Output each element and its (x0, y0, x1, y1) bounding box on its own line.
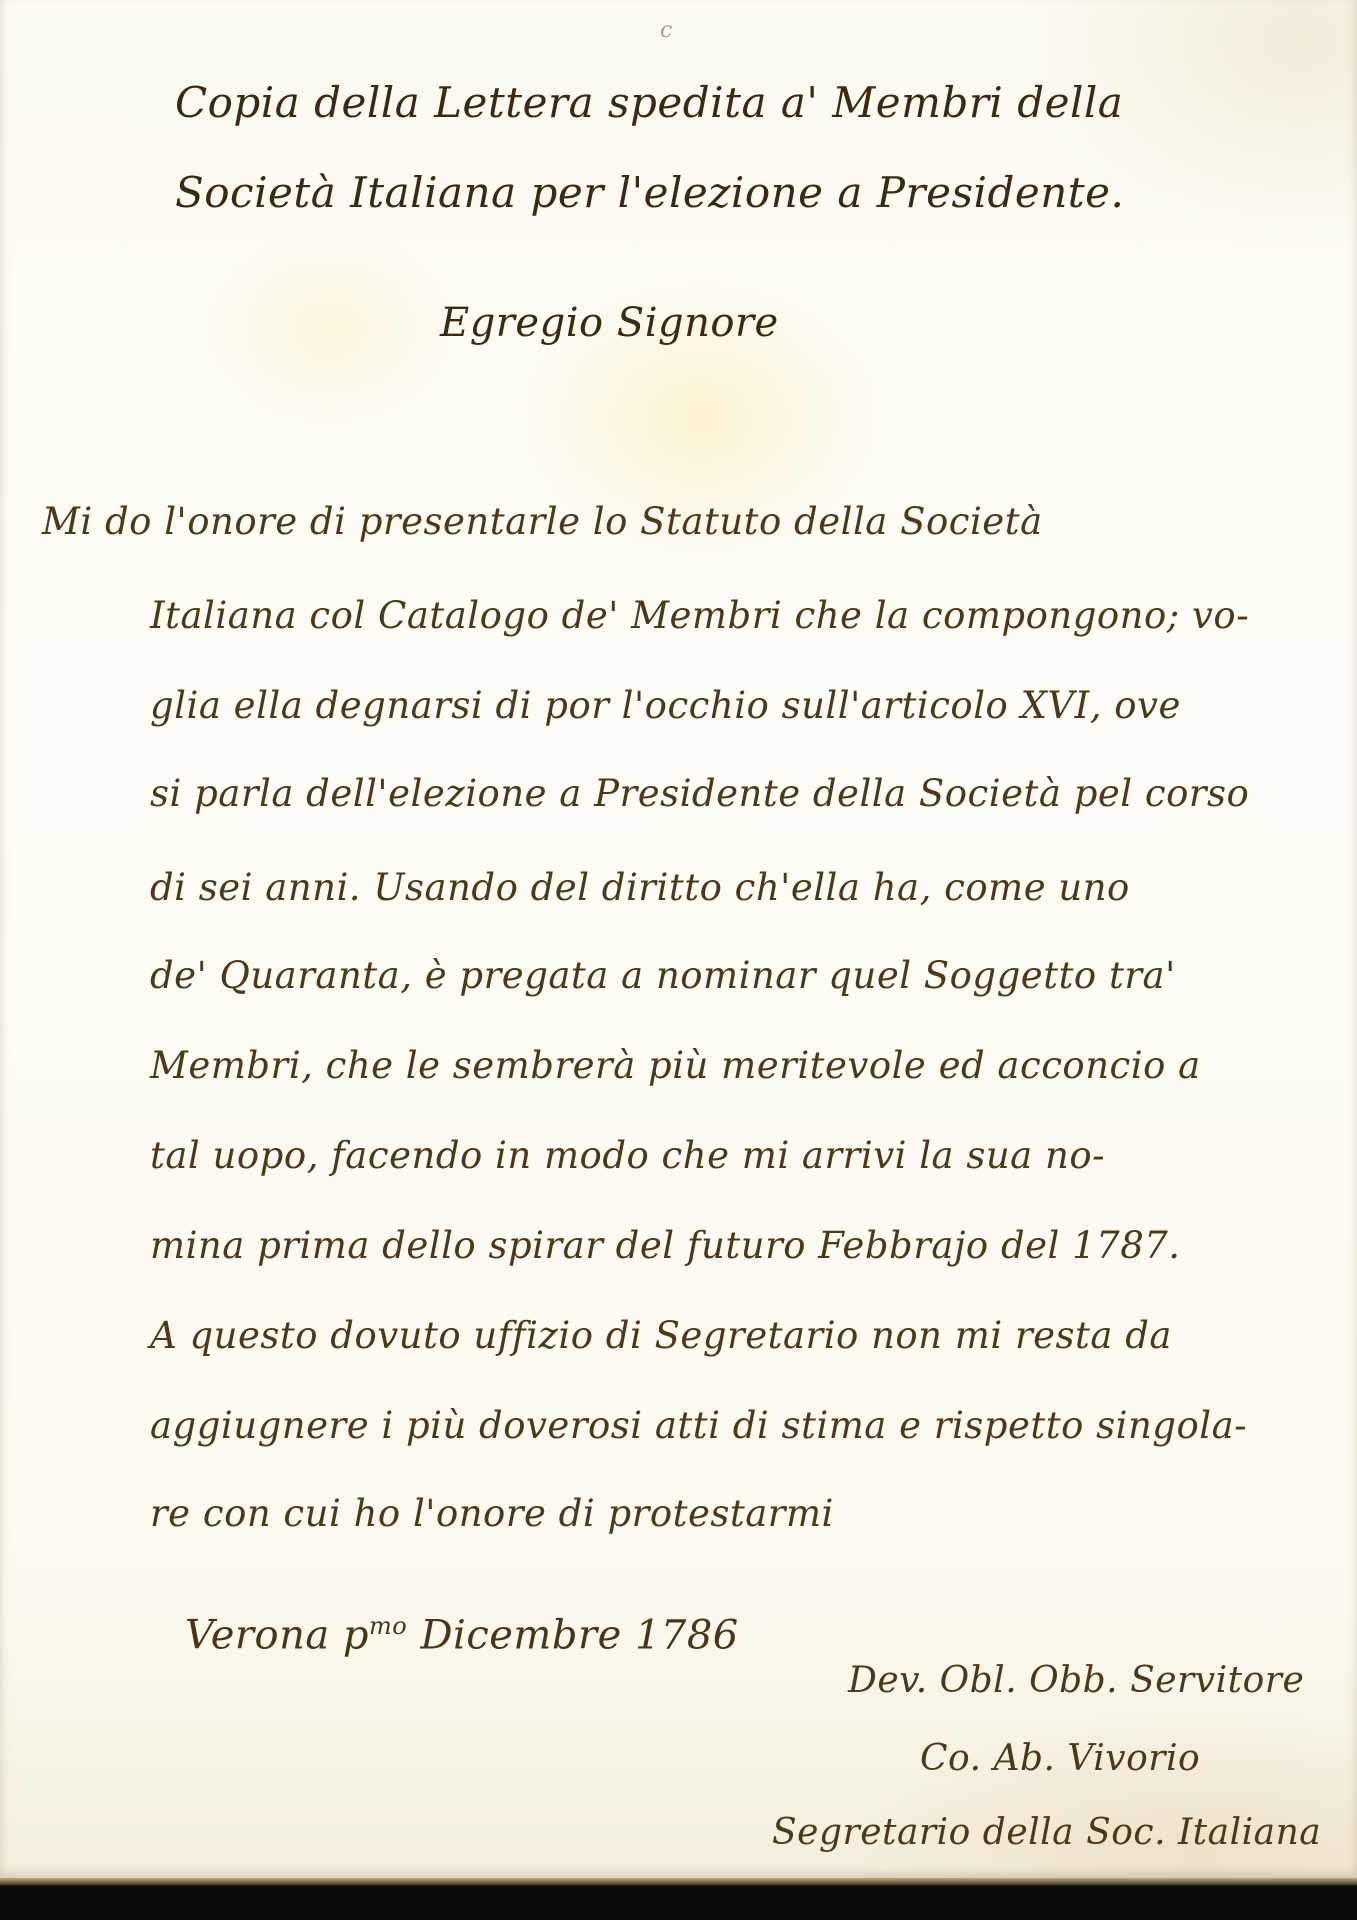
body-line: si parla dell'elezione a Presidente dell… (150, 772, 1249, 815)
folio-mark: c (660, 18, 673, 43)
body-line: re con cui ho l'onore di protestarmi (150, 1492, 834, 1535)
dateline-day: p (343, 1612, 369, 1658)
body-line: glia ella degnarsi di por l'occhio sull'… (150, 684, 1181, 727)
body-line: mina prima dello spirar del futuro Febbr… (150, 1224, 1181, 1267)
dateline-place: Verona (185, 1612, 330, 1658)
body-line: Italiana col Catalogo de' Membri che la … (150, 594, 1249, 637)
body-line: tal uopo, facendo in modo che mi arrivi … (150, 1134, 1105, 1177)
salutation: Egregio Signore (440, 300, 779, 346)
signature-name: Co. Ab. Vivorio (920, 1738, 1200, 1779)
body-line: de' Quaranta, è pregata a nominar quel S… (150, 954, 1176, 997)
dateline: Verona pmo Dicembre 1786 (185, 1612, 739, 1658)
title-line-2: Società Italiana per l'elezione a Presid… (175, 168, 1124, 217)
manuscript-page: c Copia della Lettera spedita a' Membri … (0, 0, 1357, 1880)
body-line: A questo dovuto uffizio di Segretario no… (150, 1314, 1172, 1357)
body-line: Membri, che le sembrerà più meritevole e… (150, 1044, 1201, 1087)
body-line: aggiugnere i più doverosi atti di stima … (150, 1404, 1247, 1447)
title-line-1: Copia della Lettera spedita a' Membri de… (175, 78, 1123, 127)
signature-title: Segretario della Soc. Italiana (772, 1812, 1321, 1853)
page-bottom-edge (0, 1878, 1357, 1886)
body-line: Mi do l'onore di presentarle lo Statuto … (42, 500, 1043, 543)
dateline-day-superscript: mo (369, 1612, 407, 1640)
signature-closing: Dev. Obl. Obb. Servitore (848, 1660, 1304, 1701)
body-line: di sei anni. Usando del diritto ch'ella … (150, 866, 1130, 909)
dateline-month-year: Dicembre 1786 (420, 1612, 738, 1658)
